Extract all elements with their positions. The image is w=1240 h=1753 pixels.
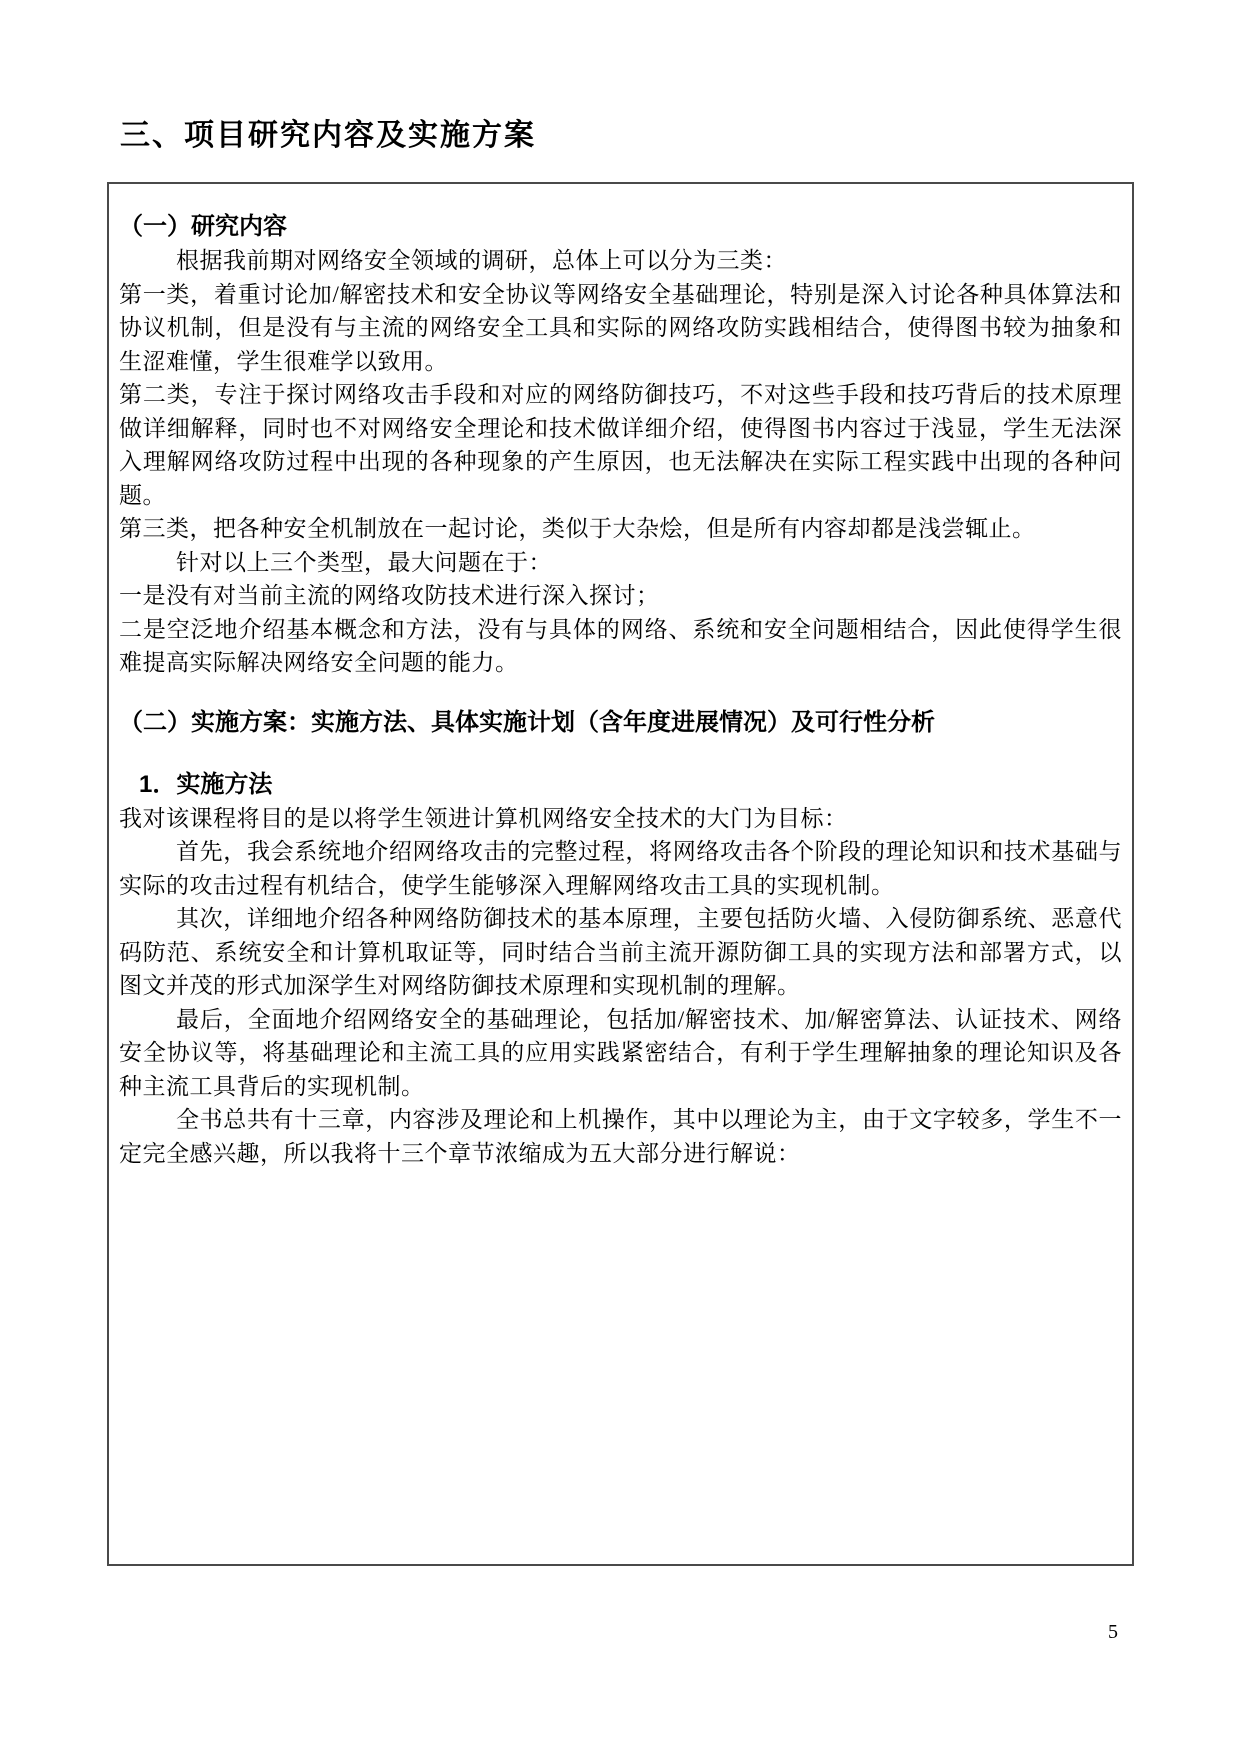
paragraph-problem-1: 一是没有对当前主流的网络攻防技术进行深入探讨；	[119, 579, 1122, 613]
paragraph-category-2: 第二类，专注于探讨网络攻击手段和对应的网络防御技巧，不对这些手段和技巧背后的技术…	[119, 378, 1122, 512]
paragraph-problems-intro: 针对以上三个类型，最大问题在于：	[119, 546, 1122, 580]
paragraph-category-3: 第三类，把各种安全机制放在一起讨论，类似于大杂烩，但是所有内容却都是浅尝辄止。	[119, 512, 1122, 546]
paragraph-method-first: 首先，我会系统地介绍网络攻击的完整过程，将网络攻击各个阶段的理论知识和技术基础与…	[119, 835, 1122, 902]
page-number: 5	[1108, 1618, 1118, 1646]
page-title: 三、项目研究内容及实施方案	[120, 114, 536, 158]
paragraph-method-second: 其次，详细地介绍各种网络防御技术的基本原理，主要包括防火墙、入侵防御系统、恶意代…	[119, 902, 1122, 1003]
paragraph-category-1: 第一类，着重讨论加/解密技术和安全协议等网络安全基础理论，特别是深入讨论各种具体…	[119, 278, 1122, 379]
content-box: （一）研究内容 根据我前期对网络安全领域的调研，总体上可以分为三类： 第一类，着…	[107, 182, 1134, 1566]
paragraph-problem-2: 二是空泛地介绍基本概念和方法，没有与具体的网络、系统和安全问题相结合，因此使得学…	[119, 613, 1122, 680]
section1-heading: （一）研究内容	[119, 210, 1122, 244]
section2-subheading-method: 1．实施方法	[139, 768, 1122, 802]
paragraph-method-summary: 全书总共有十三章，内容涉及理论和上机操作，其中以理论为主，由于文字较多，学生不一…	[119, 1103, 1122, 1170]
section2-heading: （二）实施方案：实施方法、具体实施计划（含年度进展情况）及可行性分析	[119, 706, 1122, 740]
paragraph-survey-intro: 根据我前期对网络安全领域的调研，总体上可以分为三类：	[119, 244, 1122, 278]
paragraph-method-goal: 我对该课程将目的是以将学生领进计算机网络安全技术的大门为目标：	[119, 802, 1122, 836]
paragraph-method-last: 最后，全面地介绍网络安全的基础理论，包括加/解密技术、加/解密算法、认证技术、网…	[119, 1003, 1122, 1104]
